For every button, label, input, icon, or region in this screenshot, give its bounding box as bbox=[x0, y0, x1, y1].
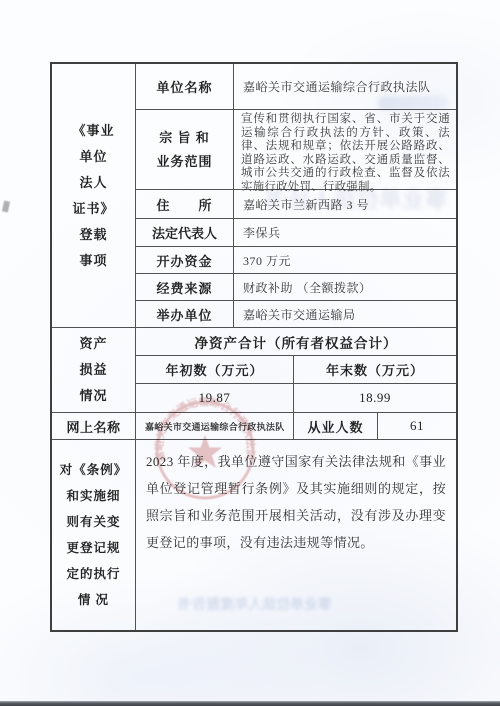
field-capital-value: 370 万元 bbox=[234, 247, 456, 274]
staff-count-label: 从业人数 bbox=[294, 413, 378, 440]
side-label-line: 情 况 bbox=[78, 587, 109, 613]
online-name-value: 嘉峪关市交通运输综合行政执法队 bbox=[136, 413, 294, 440]
side-label-line: 损益 bbox=[79, 357, 107, 383]
side-label-line: 法人 bbox=[79, 170, 107, 196]
side-label-line: 对《条例》 bbox=[60, 457, 128, 483]
year-start-header: 年初数（万元） bbox=[136, 356, 294, 384]
side-label-line: 情况 bbox=[79, 383, 107, 409]
field-unit-name-label: 单位名称 bbox=[136, 64, 234, 110]
mission-label-line1: 宗 旨 和 bbox=[159, 126, 210, 150]
mission-label-line2: 业务范围 bbox=[156, 150, 212, 174]
side-label-line: 资产 bbox=[79, 331, 107, 357]
side-label-line: 定的执行 bbox=[66, 561, 120, 587]
field-legal-rep-label: 法定代表人 bbox=[136, 219, 234, 247]
field-sponsor-label: 举办单位 bbox=[136, 301, 234, 328]
side-label-line: 事项 bbox=[79, 248, 107, 274]
compliance-side-label: 对《条例》 和实施细 则有关变 更登记规 定的执行 情 况 bbox=[52, 440, 136, 630]
year-end-value: 18.99 bbox=[294, 384, 456, 413]
scan-edge-mark bbox=[2, 200, 10, 212]
field-mission-label: 宗 旨 和 业务范围 bbox=[136, 110, 234, 190]
side-label-line: 和实施细 bbox=[66, 483, 120, 509]
side-label-line: 证书》 bbox=[72, 196, 114, 222]
compliance-statement: 2023 年度，我单位遵守国家有关法律法规和《事业单位登记管理暂行条例》及其实施… bbox=[136, 440, 456, 630]
scan-bottom-edge bbox=[0, 701, 500, 706]
side-label-line: 则有关变 bbox=[66, 509, 120, 535]
staff-count-value: 61 bbox=[378, 413, 456, 440]
net-assets-header: 净资产合计（所有者权益合计） bbox=[136, 328, 456, 356]
year-end-header: 年末数（万元） bbox=[294, 356, 456, 384]
side-label-line: 《事业 bbox=[72, 118, 114, 144]
online-name-label: 网上名称 bbox=[52, 413, 136, 440]
assets-section-side-label: 资产 损益 情况 bbox=[52, 328, 136, 413]
field-mission-value: 宣传和贯彻执行国家、省、市关于交通运输综合行政执法的方针、政策、法律、法规和规章… bbox=[234, 110, 456, 190]
field-unit-name-value: 嘉峪关市交通运输综合行政执法队 bbox=[234, 64, 456, 110]
side-label-line: 更登记规 bbox=[66, 535, 120, 561]
field-funding-value: 财政补助 （全额拨款） bbox=[234, 274, 456, 301]
field-address-label: 住 所 bbox=[136, 190, 234, 219]
side-label-line: 登载 bbox=[79, 222, 107, 248]
field-funding-label: 经费来源 bbox=[136, 274, 234, 301]
field-address-value: 嘉峪关市兰新西路 3 号 bbox=[234, 190, 456, 219]
registration-form-table: 《事业 单位 法人 证书》 登载 事项 单位名称 宗 旨 和 业务范围 住 所 … bbox=[50, 62, 458, 632]
field-legal-rep-value: 李保兵 bbox=[234, 219, 456, 247]
cert-section-side-label: 《事业 单位 法人 证书》 登载 事项 bbox=[52, 64, 136, 328]
side-label-line: 单位 bbox=[79, 144, 107, 170]
field-capital-label: 开办资金 bbox=[136, 247, 234, 274]
field-sponsor-value: 嘉峪关市交通运输局 bbox=[234, 301, 456, 328]
scanned-document-page: 事业单位法人证书 事业单位法人年度报告书 《事业 单位 法人 证书》 登载 事项… bbox=[0, 0, 500, 706]
year-start-value: 19.87 bbox=[136, 384, 294, 413]
